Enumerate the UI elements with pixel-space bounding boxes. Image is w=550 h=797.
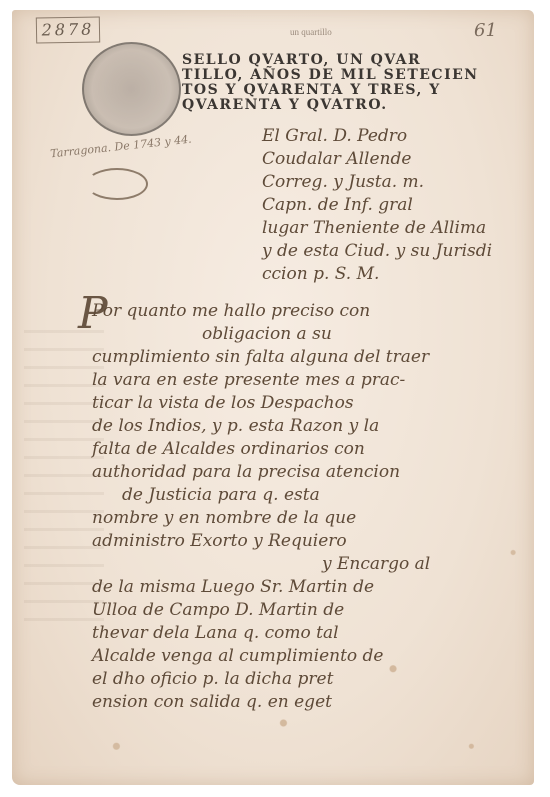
- archive-number-label: 2878: [36, 16, 100, 43]
- body-line: falta de Alcaldes ordinarios con: [92, 438, 430, 461]
- stamped-paper-header: SELLO QVARTO, UN QVAR TILLO, AÑOS DE MIL…: [182, 53, 527, 113]
- body-line: authoridad para la precisa atencion: [92, 461, 430, 484]
- body-line: nombre y en nombre de la que: [92, 507, 430, 530]
- body-line: la vara en este presente mes a prac-: [92, 369, 430, 392]
- body-line: obligacion a su: [92, 323, 430, 346]
- address-block: El Gral. D. Pedro Coudalar Allende Corre…: [262, 125, 492, 286]
- address-line: Capn. de Inf. gral: [262, 194, 492, 217]
- body-line: el dho oficio p. la dicha pret: [92, 668, 430, 691]
- address-line: Correg. y Justa. m.: [262, 171, 492, 194]
- stamp-price-text: un quartillo: [290, 27, 332, 37]
- body-line: de los Indios, y p. esta Razon y la: [92, 415, 430, 438]
- body-line: ension con salida q. en eget: [92, 691, 430, 714]
- stamp-line: QVARENTA Y QVATRO.: [182, 98, 527, 113]
- body-line: de Justicia para q. esta: [92, 484, 430, 507]
- rubric-flourish-icon: [86, 168, 148, 200]
- body-line: de la misma Luego Sr. Martin de: [92, 576, 430, 599]
- folio-number: 61: [474, 20, 497, 41]
- body-line: ticar la vista de los Despachos: [92, 392, 430, 415]
- stamp-line: TOS Y QVARENTA Y TRES, Y: [182, 83, 527, 98]
- body-line: administro Exorto y Requiero: [92, 530, 430, 553]
- address-line: y de esta Ciud. y su Jurisdi: [262, 240, 492, 263]
- address-line: El Gral. D. Pedro: [262, 125, 492, 148]
- stamp-line: TILLO, AÑOS DE MIL SETECIEN: [182, 68, 527, 83]
- body-line: y Encargo al: [92, 553, 430, 576]
- body-line: cumplimiento sin falta alguna del traer: [92, 346, 430, 369]
- body-line: thevar dela Lana q. como tal: [92, 622, 430, 645]
- body-line: Ulloa de Campo D. Martin de: [92, 599, 430, 622]
- body-line: Alcalde venga al cumplimiento de: [92, 645, 430, 668]
- address-line: Coudalar Allende: [262, 148, 492, 171]
- royal-seal-icon: [82, 42, 181, 136]
- stamp-line: SELLO QVARTO, UN QVAR: [182, 53, 527, 68]
- letter-body: Por quanto me hallo preciso con obligaci…: [92, 300, 430, 714]
- address-line: ccion p. S. M.: [262, 263, 492, 286]
- body-line: Por quanto me hallo preciso con: [92, 300, 430, 323]
- address-line: lugar Theniente de Allima: [262, 217, 492, 240]
